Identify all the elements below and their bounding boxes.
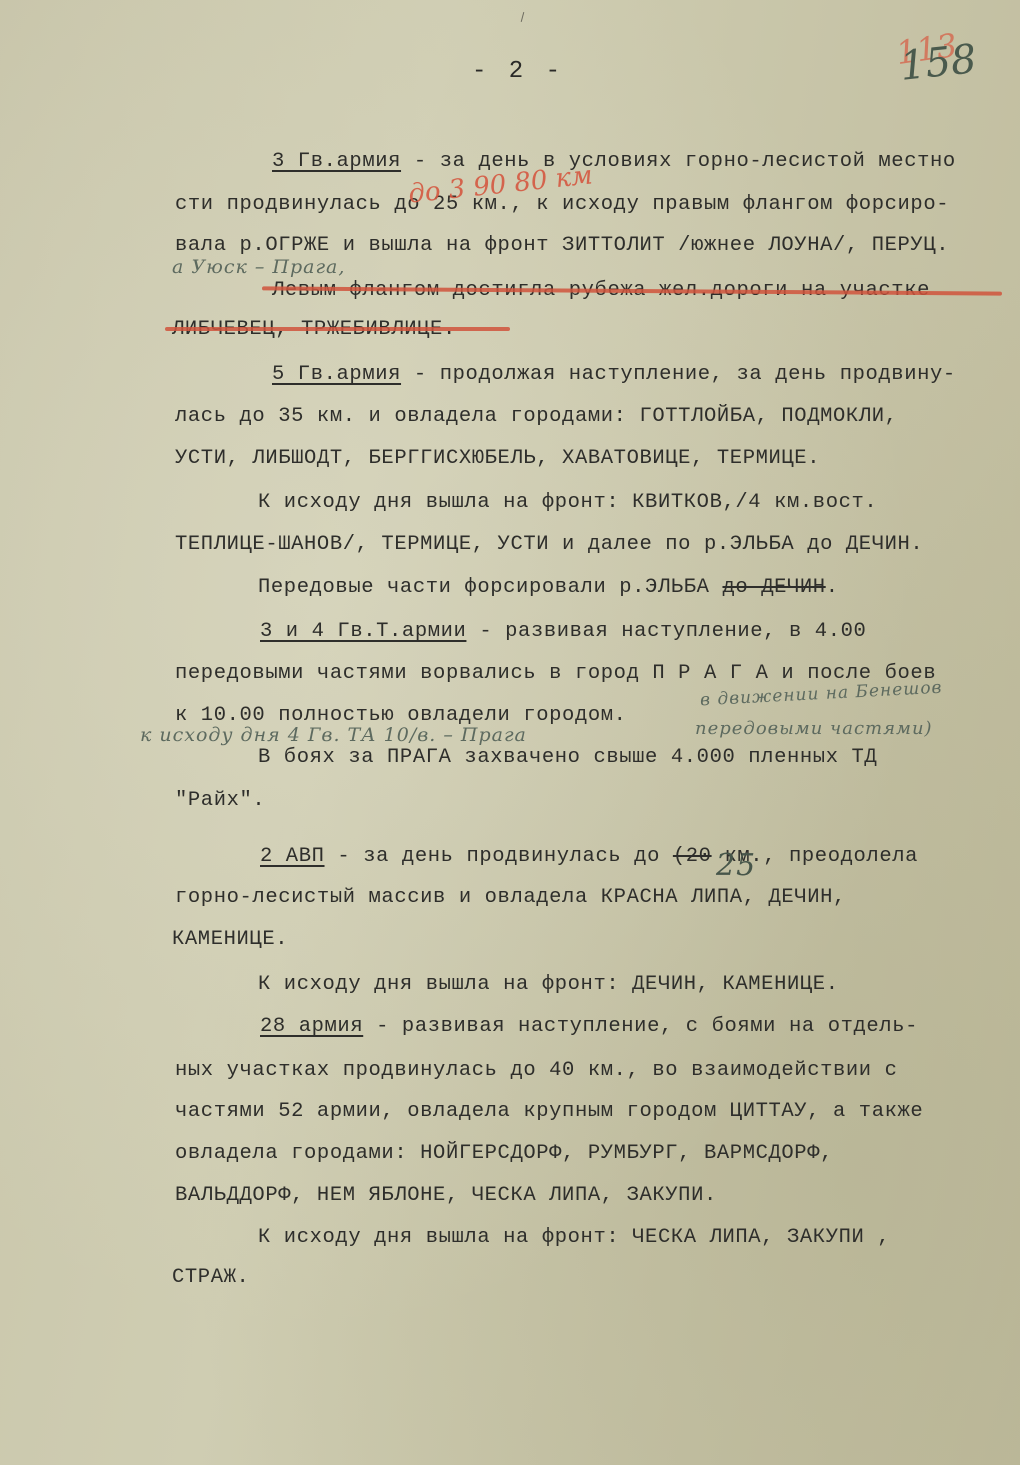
handwritten-note-right-2: передовыми частями) [695,718,933,739]
gv5-line-1: 5 Гв.армия - продолжая наступление, за д… [272,363,956,387]
archive-sheet-number: 158 [898,36,979,90]
stray-mark [521,12,525,22]
a28-line-3: частями 52 армии, овладела крупным город… [175,1100,923,1124]
unit-name: 5 Гв.армия [272,363,401,386]
gv5-line-5: ТЕПЛИЦЕ-ШАНОВ/, ТЕРМИЦЕ, УСТИ и далее по… [175,533,923,557]
gv3-line-1: 3 Гв.армия - за день в условиях горно-ле… [272,150,956,174]
gvt34-line-2: передовыми частями ворвались в город П Р… [175,662,936,686]
document-page: - 2 - 113 158 3 Гв.армия - за день в усл… [0,0,1020,1465]
a28-line-2: ных участках продвинулась до 40 км., во … [175,1059,898,1083]
gv5-line-6: Передовые части форсировали р.ЭЛЬБА до Д… [258,576,839,600]
avp2-line-4: К исходу дня вышла на фронт: ДЕЧИН, КАМЕ… [258,973,839,997]
gvt34-line-5: "Райх". [175,789,265,813]
gv3-line-2: сти продвинулась до 25 км., к исходу пра… [175,193,949,217]
gv5-line-2: лась до 35 км. и овладела городами: ГОТТ… [175,405,898,429]
avp2-line-1: 2 АВП - за день продвинулась до (20 км.,… [260,845,918,869]
a28-line-1: 28 армия - развивая наступление, с боями… [260,1015,918,1039]
gv3-line-3: вала р.ОГРЖЕ и вышла на фронт ЗИТТОЛИТ /… [175,234,949,258]
gv5-line-3: УСТИ, ЛИБШОДТ, БЕРГГИСХЮБЕЛЬ, ХАВАТОВИЦЕ… [175,447,820,471]
page-number: - 2 - [472,58,564,85]
red-strikethrough [165,327,510,331]
a28-line-7: СТРАЖ. [172,1266,249,1290]
a28-line-5: ВАЛЬДДОРФ, НЕМ ЯБЛОНЕ, ЧЕСКА ЛИПА, ЗАКУП… [175,1184,717,1208]
gvt34-line-1: 3 и 4 Гв.Т.армии - развивая наступление,… [260,620,866,644]
avp2-line-3: КАМЕНИЦЕ. [172,928,288,952]
handwritten-correction: 25 [716,848,756,883]
gvt34-line-4: В боях за ПРАГА захвачено свыше 4.000 пл… [258,746,877,770]
handwritten-insert: а Уюск – Прага, [172,256,345,278]
unit-name: 3 Гв.армия [272,150,401,173]
gv5-line-4: К исходу дня вышла на фронт: КВИТКОВ,/4 … [258,491,877,515]
unit-name: 3 и 4 Гв.Т.армии [260,620,466,643]
struck-text: до ДЕЧИН [722,576,825,599]
avp2-line-2: горно-лесистый массив и овладела КРАСНА … [175,886,846,910]
struck-text: (20 [673,845,712,868]
unit-name: 28 армия [260,1015,363,1038]
a28-line-6: К исходу дня вышла на фронт: ЧЕСКА ЛИПА,… [258,1226,890,1250]
unit-name: 2 АВП [260,845,325,868]
handwritten-note-left-2: к исходу дня 4 Гв. ТА 10/в. – Прага [140,724,527,746]
a28-line-4: овладела городами: НОЙГЕРСДОРФ, РУМБУРГ,… [175,1142,833,1166]
